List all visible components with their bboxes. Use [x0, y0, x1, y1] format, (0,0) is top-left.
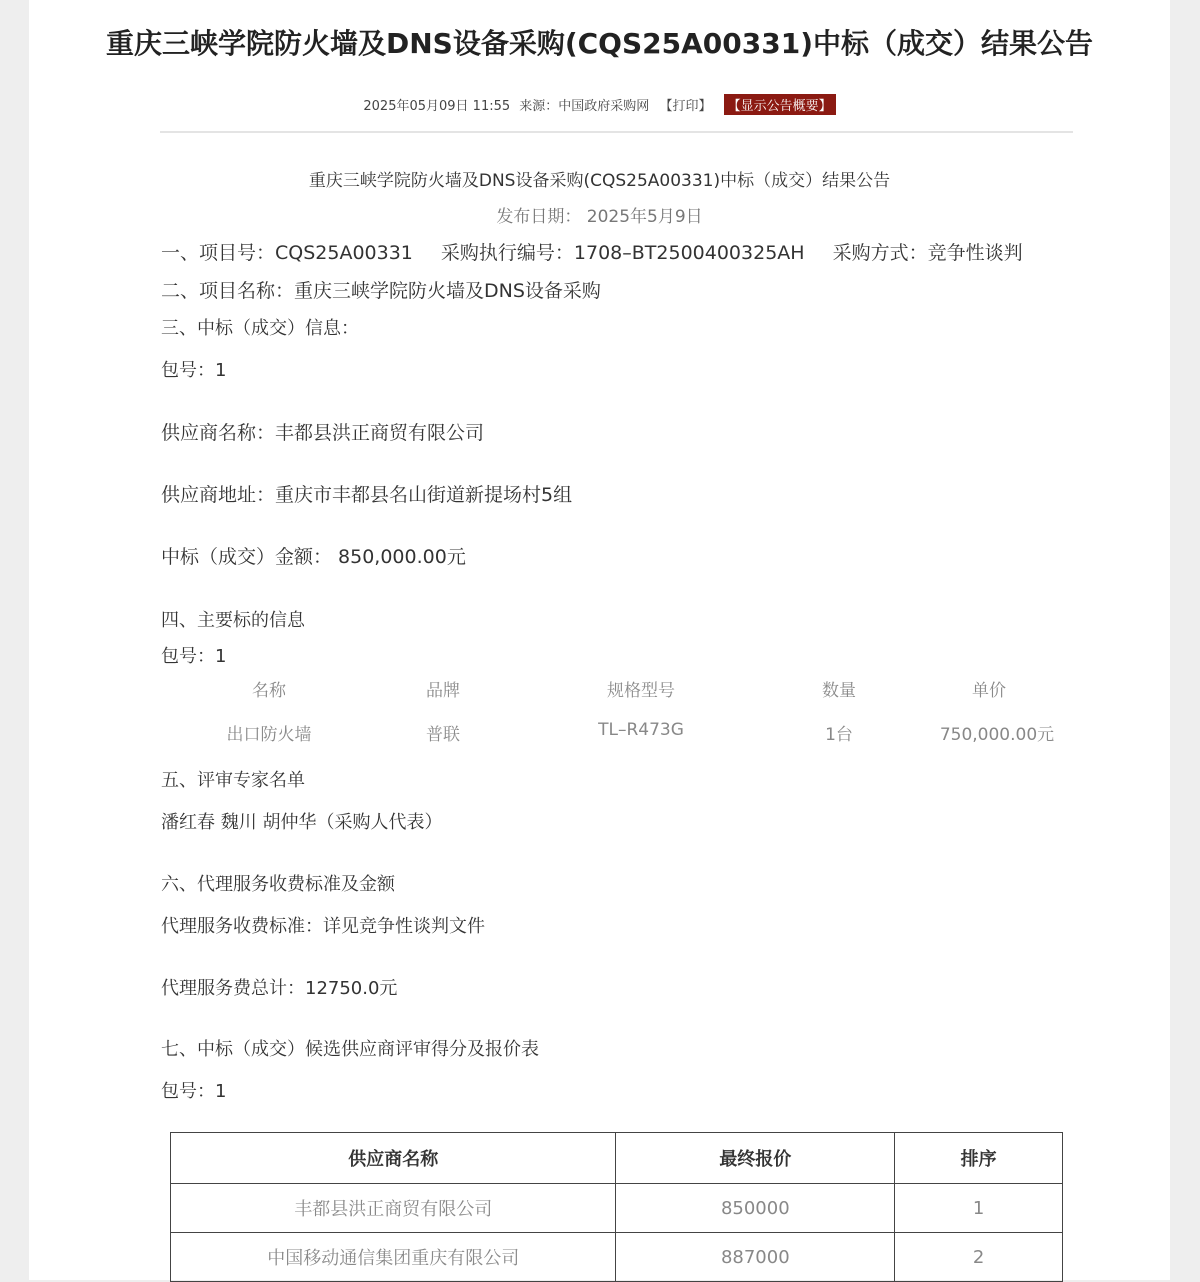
item-name: 出口防火墙 — [227, 720, 312, 745]
col-brand: 品牌 — [426, 676, 460, 701]
table-row: 丰都县洪正商贸有限公司 850000 1 — [171, 1184, 1063, 1233]
project-number: 一、项目号：CQS25A00331 — [161, 242, 413, 264]
source-text: 来源：中国政府采购网 — [519, 95, 649, 114]
section-4-heading: 四、主要标的信息 — [161, 606, 305, 632]
items-table: 名称 品牌 规格型号 数量 单价 出口防火墙 普联 TL–R473G 1台 75… — [209, 676, 1089, 764]
doc-publish-date: 发布日期： 2025年5月9日 — [29, 202, 1170, 227]
agency-fee-total: 代理服务费总计：12750.0元 — [161, 974, 397, 1000]
rank-cell: 1 — [895, 1184, 1063, 1233]
candidate-table-header: 供应商名称 最终报价 排序 — [171, 1133, 1063, 1184]
publish-datetime: 2025年05月09日 11:55 — [363, 95, 510, 114]
section-7-heading: 七、中标（成交）候选供应商评审得分及报价表 — [161, 1035, 539, 1061]
show-summary-button[interactable]: 【显示公告概要】 — [724, 94, 836, 115]
rank-cell: 2 — [895, 1233, 1063, 1281]
procurement-method: 采购方式：竞争性谈判 — [833, 242, 1023, 264]
expert-list: 潘红春 魏川 胡仲华（采购人代表） — [161, 808, 442, 834]
execution-number: 采购执行编号：1708–BT2500400325AH — [441, 242, 805, 264]
col-rank: 排序 — [895, 1133, 1063, 1184]
section-1: 一、项目号：CQS25A00331采购执行编号：1708–BT250040032… — [161, 238, 1023, 265]
agency-fee-standard: 代理服务收费标准：详见竞争性谈判文件 — [161, 912, 485, 938]
items-table-header: 名称 品牌 规格型号 数量 单价 — [209, 676, 1089, 720]
doc-subtitle: 重庆三峡学院防火墙及DNS设备采购(CQS25A00331)中标（成交）结果公告 — [29, 166, 1170, 191]
col-name: 名称 — [252, 676, 286, 701]
award-amount: 中标（成交）金额： 850,000.00元 — [161, 542, 466, 569]
col-quantity: 数量 — [822, 676, 856, 701]
final-quote-cell: 887000 — [616, 1233, 895, 1281]
divider — [160, 131, 1073, 133]
print-link[interactable]: 【打印】 — [659, 95, 711, 114]
item-brand: 普联 — [426, 720, 460, 745]
page-title: 重庆三峡学院防火墙及DNS设备采购(CQS25A00331)中标（成交）结果公告 — [29, 22, 1170, 62]
meta-bar: 2025年05月09日 11:55 来源：中国政府采购网 【打印】 【显示公告概… — [29, 94, 1170, 115]
table-row: 中国移动通信集团重庆有限公司 887000 2 — [171, 1233, 1063, 1281]
col-model: 规格型号 — [607, 676, 675, 701]
col-supplier-name: 供应商名称 — [171, 1133, 616, 1184]
supplier-name-cell: 丰都县洪正商贸有限公司 — [171, 1184, 616, 1233]
section-2-project-name: 二、项目名称：重庆三峡学院防火墙及DNS设备采购 — [161, 276, 601, 303]
item-quantity: 1台 — [825, 720, 853, 745]
item-model: TL–R473G — [598, 720, 684, 740]
section-6-heading: 六、代理服务收费标准及金额 — [161, 870, 395, 896]
section-7-package: 包号：1 — [161, 1077, 226, 1103]
col-final-quote: 最终报价 — [616, 1133, 895, 1184]
supplier-name-cell: 中国移动通信集团重庆有限公司 — [171, 1233, 616, 1281]
final-quote-cell: 850000 — [616, 1184, 895, 1233]
section-3-heading: 三、中标（成交）信息： — [161, 314, 359, 340]
item-unit-price: 750,000.00元 — [940, 720, 1054, 745]
table-row: 出口防火墙 普联 TL–R473G 1台 750,000.00元 — [209, 720, 1089, 764]
supplier-name: 供应商名称：丰都县洪正商贸有限公司 — [161, 418, 484, 445]
section-3-package: 包号：1 — [161, 356, 226, 382]
section-4-package: 包号：1 — [161, 642, 226, 668]
col-unit-price: 单价 — [972, 676, 1006, 701]
supplier-address: 供应商地址：重庆市丰都县名山街道新提场村5组 — [161, 480, 572, 507]
section-5-heading: 五、评审专家名单 — [161, 766, 305, 792]
candidate-table: 供应商名称 最终报价 排序 丰都县洪正商贸有限公司 850000 1 中国移动通… — [170, 1132, 1063, 1280]
document-page: 重庆三峡学院防火墙及DNS设备采购(CQS25A00331)中标（成交）结果公告… — [29, 0, 1170, 1280]
